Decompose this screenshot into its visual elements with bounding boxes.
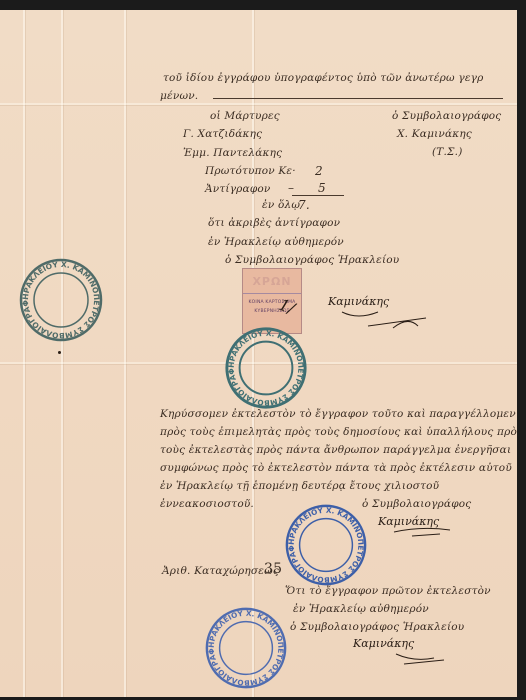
notary-seal-center: ΗΡΑΚΛΕΙΟΥ Χ. ΚΑΜΙΝΟΠΕΤΡΟΣ ΣΥΜΒΟΛΑΙΟΓΡΑΦΟ… [222,324,310,412]
notary-seal-left: ΗΡΑΚΛΕΙΟΥ Χ. ΚΑΜΙΝΟΠΕΤΡΟΣ ΣΥΜΒΟΛΑΙΟΓΡΑΦΟ… [16,255,106,345]
closing1-title: ὁ Συμβολαιογράφος [362,498,471,510]
signature-flourish [392,522,452,540]
seal-note: (Τ.Σ.) [432,146,463,158]
count-total-label: ἐν ὅλῳ [262,199,300,211]
header-line-2: μένων. [160,90,198,102]
scan-border-right [517,0,526,700]
body-line-2: πρὸς τοὺς ἐπιμελητὰς πρὸς τοὺς δημοσίους… [160,426,517,438]
count-original-label: Πρωτότυπον Κε· [205,165,296,177]
notary-seal-middle-right: ΗΡΑΚΛΕΙΟΥ Χ. ΚΑΜΙΝΟΠΕΤΡΟΣ ΣΥΜΒΟΛΑΙΟΓΡΑΦΟ… [282,501,370,589]
fold-line [61,10,63,697]
ink-dot [58,351,61,354]
count-copy-value: 5 [318,181,326,195]
fold-line [124,10,126,697]
header-line-1: τοῦ ἰδίου ἐγγράφου ὑπογραφέντος ὑπὸ τῶν … [163,72,484,84]
document-page: τοῦ ἰδίου ἐγγράφου ὑπογραφέντος ὑπὸ τῶν … [0,10,517,697]
closing2-line-2: ἐν Ἡρακλείῳ αὐθημερόν [293,603,429,615]
signature-flourish [338,306,428,334]
fold-line [0,103,517,105]
count-copy-dash: – [288,181,294,195]
cert-line-1: ὅτι ἀκριβὲς ἀντίγραφον [208,217,340,229]
stamp-cancel-mark: 1/ [277,295,298,318]
scan-border-top [0,0,526,10]
registration-label: Ἀριθ. Καταχώρησεως [162,565,279,577]
registration-number: 35 [264,561,282,577]
witnesses-title: οἱ Μάρτυρες [210,110,280,122]
notary-title: ὁ Συμβολαιογράφος [392,110,501,122]
count-copy-label: Ἀντίγραφον [205,183,271,195]
sum-rule [292,195,344,196]
body-line-6: ἐννεακοσιοστοῦ. [160,498,254,510]
witness-2: Ἐμμ. Παντελάκης [183,147,282,159]
count-original-value: 2 [315,164,323,178]
body-line-4: συμφώνως πρὸς τὸ ἐκτελεστὸν πάντα τὰ πρὸ… [160,462,512,474]
header-rule [213,98,503,99]
notary-name: Χ. Καμινάκης [397,128,472,140]
cert-line-2: ἐν Ἡρακλείῳ αὐθημερόν [208,236,344,248]
fold-line [23,10,25,697]
body-line-5: ἐν Ἡρακλείῳ τῇ ἑπομένῃ δευτέρᾳ ἔτους χιλ… [160,480,439,492]
signature-flourish [394,650,454,668]
notary-seal-bottom: ΗΡΑΚΛΕΙΟΥ Χ. ΚΑΜΙΝΟΠΕΤΡΟΣ ΣΥΜΒΟΛΑΙΟΓΡΑΦΟ… [202,604,290,692]
stamp-top-text: ΧΡΩΝ [243,269,301,294]
count-total-value: 7. [298,198,310,212]
closing2-signature: Καμινάκης [353,637,414,650]
witness-1: Γ. Χατζιδάκης [183,128,262,140]
body-line-3: τοὺς ἐκτελεστὰς πρὸς πάντα ἄνθρωπον παρά… [160,444,511,456]
cert-line-3: ὁ Συμβολαιογράφος Ἡρακλείου [225,254,399,266]
body-line-1: Κηρύσσομεν ἐκτελεστὸν τὸ ἔγγραφον τοῦτο … [160,408,516,420]
closing2-line-3: ὁ Συμβολαιογράφος Ἡρακλείου [290,621,464,633]
